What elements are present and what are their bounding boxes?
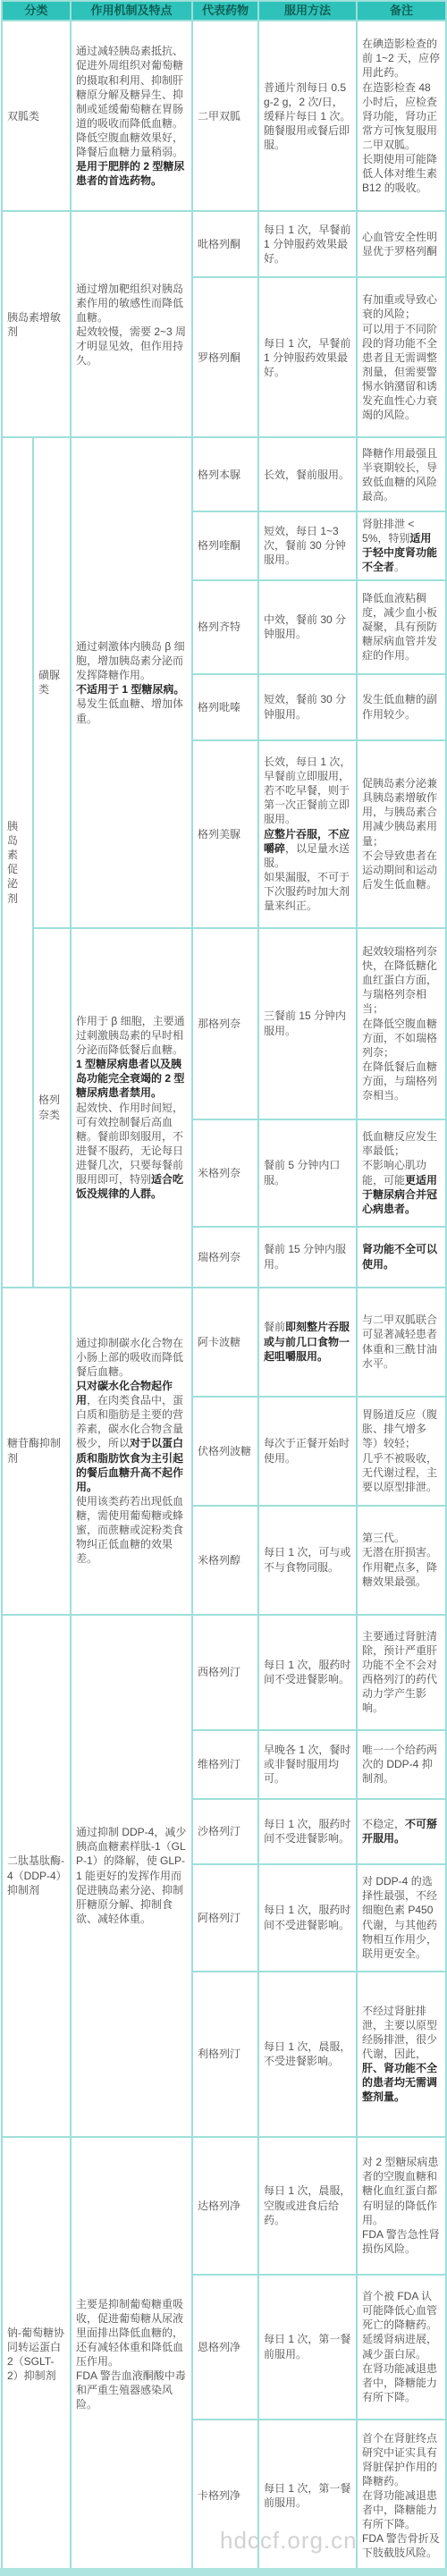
drug-name-cell: 瑞格列奈 xyxy=(192,1227,258,1288)
usage-cell: 普通片剂每日 0.5 g-2 g，2 次/日，缓释片每日 1 次。随餐服用或餐后… xyxy=(258,21,357,211)
usage-text: 每日 1 次，第一餐前服用。 xyxy=(264,2482,350,2509)
usage-text: 每日 1 次，可与或不与食物同服。 xyxy=(264,1546,350,1573)
note-text: 不稳定， xyxy=(362,1818,405,1830)
drug-name-cell: 阿卡波糖 xyxy=(192,1288,258,1397)
category-cell: 胰岛素增敏剂 xyxy=(2,211,71,437)
category-cell: 糖苷酶抑制剂 xyxy=(2,1288,71,1615)
mechanism-text-bold: 是用于肥胖的 2 型糖尿患者的首选药物。 xyxy=(76,160,184,187)
header-row: 分类 作用机制及特点 代表药物 服用方法 备注 xyxy=(2,1,446,21)
site-watermark: hdccf.org.cn xyxy=(220,2527,358,2555)
drug-name-cell: 那格列奈 xyxy=(192,928,258,1119)
mechanism-text: 通过增加靶组织对胰岛素作用的敏感性而降低血糖。 起效较慢，需要 2~3 周才明显… xyxy=(76,283,186,367)
note-text: 首个在肾脏终点研究中证实具有肾脏保护作用的降糖药。 在肾功能减退患者中，降糖能力… xyxy=(362,2432,440,2560)
usage-text: 短效，每日 1~3 次，餐前 30 分钟服用。 xyxy=(264,525,346,566)
drug-name-cell: 利格列汀 xyxy=(192,1972,258,2137)
note-text: 起效较瑞格列奈快，在降低糖化血红蛋白方面，与瑞格列奈相当； 在降低空腹血糖方面，… xyxy=(362,945,437,1102)
mechanism-cell: 通过增加靶组织对胰岛素作用的敏感性而降低血糖。 起效较慢，需要 2~3 周才明显… xyxy=(71,211,192,437)
notes-cell: 首个在肾脏终点研究中证实具有肾脏保护作用的降糖药。 在肾功能减退患者中，降糖能力… xyxy=(357,2420,446,2572)
col-header-usage: 服用方法 xyxy=(258,1,357,21)
usage-text: 中效，餐前 30 分钟服用。 xyxy=(264,613,346,640)
mechanism-cell: 通过抑制碳水化合物在小肠上部的吸收而降低餐后血糖。 只对碳水化合物起作用，在肉类… xyxy=(71,1288,192,1615)
usage-cell: 短效，每日 1~3 次，餐前 30 分钟服用。 xyxy=(258,511,357,579)
notes-cell: 不稳定，不可掰开服用。 xyxy=(357,1799,446,1864)
usage-text: 餐前 15 分钟内服用。 xyxy=(264,1243,346,1270)
drug-name-cell: 格列吡嗪 xyxy=(192,674,258,740)
note-text: 有加重或导致心衰的风险； 可以用于不同阶段的肾功能不全患者且无需调整剂量，但需要… xyxy=(362,293,437,421)
mechanism-cell: 通过刺激体内胰岛 β 细胞，增加胰岛素分泌而发挥降糖作用。 不适用于 1 型糖尿… xyxy=(71,437,192,927)
note-text: 首个被 FDA 认可能降低心血管死亡的降糖药。 延缓肾病进展，减少蛋白尿。 在肾… xyxy=(362,2290,437,2403)
usage-cell: 长效，每日 1 次，早餐前立即服用，若不吃早餐，则于第一次正餐前立即服用。 应整… xyxy=(258,740,357,928)
notes-cell: 对 2 型糖尿病患者的空腹血糖和糖化血红蛋白都有明显的降低作用。 FDA 警告急… xyxy=(357,2137,446,2275)
mechanism-text: 通过抑制 DDP-4，减少胰高血糖素样肽-1（GLP-1）的降解，使 GLP-1… xyxy=(76,1826,186,1924)
usage-text: 每日 1 次，早餐前 1 分钟服药效果最好。 xyxy=(264,337,350,378)
drug-name-cell: 格列美脲 xyxy=(192,740,258,928)
usage-cell: 每日 1 次，服药时间不受进餐影响。 xyxy=(258,1864,357,1972)
mechanism-cell: 通过减轻胰岛素抵抗、促进外周组织对葡萄糖的摄取和利用、抑制肝糖原分解及糖异生、抑… xyxy=(71,21,192,211)
mechanism-text: 作用于 β 细胞，主要通过刺激胰岛素的早时相分泌而降低餐后血糖。 xyxy=(76,1015,185,1056)
mechanism-cell: 作用于 β 细胞，主要通过刺激胰岛素的早时相分泌而降低餐后血糖。 1 型糖尿病患… xyxy=(71,928,192,1288)
usage-cell: 短效，餐前 30 分钟服用。 xyxy=(258,674,357,740)
usage-text: 短效，餐前 30 分钟服用。 xyxy=(264,693,346,720)
drug-name-cell: 达格列净 xyxy=(192,2137,258,2275)
notes-cell: 首个被 FDA 认可能降低心血管死亡的降糖药。 延缓肾病进展，减少蛋白尿。 在肾… xyxy=(357,2275,446,2420)
usage-text: 每日 1 次，早餐前 1 分钟服药效果最好。 xyxy=(264,224,350,265)
drug-name-cell: 阿格列汀 xyxy=(192,1864,258,1972)
category-cell: 钠-葡萄糖协同转运蛋白2（SGLT-2）抑制剂 xyxy=(2,2137,71,2572)
mechanism-text: 通过减轻胰岛素抵抗、促进外周组织对葡萄糖的摄取和利用、抑制肝糖原分解及糖异生、抑… xyxy=(76,45,183,158)
usage-text: 长效，每日 1 次，早餐前立即服用，若不吃早餐，则于第一次正餐前立即服用。 xyxy=(264,756,350,825)
note-text: 肾脏排泄 < 5%，特别 xyxy=(362,518,414,545)
usage-text: 三餐前 15 分钟内服用。 xyxy=(264,1009,346,1036)
usage-text: 每日 1 次，服药时间不受进餐影响。 xyxy=(264,1659,350,1685)
notes-cell: 起效较瑞格列奈快，在降低糖化血红蛋白方面，与瑞格列奈相当； 在降低空腹血糖方面，… xyxy=(357,928,446,1119)
table-row: 格列奈类 作用于 β 细胞，主要通过刺激胰岛素的早时相分泌而降低餐后血糖。 1 … xyxy=(2,928,446,1119)
usage-text: 每次于正餐开始时使用。 xyxy=(264,1437,350,1464)
notes-cell: 不经过肾脏排泄，主要以原型经肠排泄，很少代谢，因此，肝、肾功能不全的患者均无需调… xyxy=(357,1972,446,2137)
notes-cell: 唯一一个给药两次的 DDP-4 抑制剂。 xyxy=(357,1730,446,1799)
note-text: 促胰岛素分泌兼具胰岛素增敏作用，与胰岛素合用减少胰岛素用量； 不会导致患者在运动… xyxy=(362,777,437,891)
notes-cell: 肾脏排泄 < 5%，特别适用于轻中度肾功能不全者。 xyxy=(357,511,446,579)
mechanism-cell: 通过抑制 DDP-4，减少胰高血糖素样肽-1（GLP-1）的降解，使 GLP-1… xyxy=(71,1615,192,2137)
notes-cell: 降低血液粘稠度，减少血小板凝聚，具有预防糖尿病血管并发症的作用。 xyxy=(357,580,446,674)
drug-name-cell: 恩格列净 xyxy=(192,2275,258,2420)
table-row: 二肽基肽酶-4（DDP-4）抑制剂 通过抑制 DDP-4，减少胰高血糖素样肽-1… xyxy=(2,1615,446,1730)
note-text: 对 2 型糖尿病患者的空腹血糖和糖化血红蛋白都有明显的降低作用。 FDA 警告急… xyxy=(362,2156,440,2254)
usage-cell: 每日 1 次，服药时间不受进餐影响。 xyxy=(258,1615,357,1730)
usage-text: 每日 1 次，晨服，不受进餐影响。 xyxy=(264,2040,350,2067)
notes-cell: 对 DDP-4 的选择性最强，不经细胞色素 P450 代谢，与其他药物相互作用少… xyxy=(357,1864,446,1972)
notes-cell: 心血管安全性明显优于罗格列酮 xyxy=(357,211,446,277)
drug-name-cell: 罗格列酮 xyxy=(192,277,258,437)
note-text: 发生低血糖的副作用较少。 xyxy=(362,693,437,720)
usage-text: 每日 1 次，服药时间不受进餐影响。 xyxy=(264,1818,350,1845)
note-text: 降糖作用最强且半衰期较长，导致低血糖的风险最高。 xyxy=(362,447,437,503)
drug-name-cell: 伏格列波糖 xyxy=(192,1397,258,1506)
usage-cell: 餐前即刻整片吞服或与前几口食物一起咀嚼服用。 xyxy=(258,1288,357,1397)
mechanism-cell: 主要是抑制葡萄糖重吸收，促进葡萄糖从尿液里面排出降低血糖的，还有减轻体重和降低血… xyxy=(71,2137,192,2572)
category-cell: 二肽基肽酶-4（DDP-4）抑制剂 xyxy=(2,1615,71,2137)
table-row: 胰岛素促泌剂 磺脲类 通过刺激体内胰岛 β 细胞，增加胰岛素分泌而发挥降糖作用。… xyxy=(2,437,446,511)
col-header-notes: 备注 xyxy=(357,1,446,21)
drug-name-cell: 二甲双胍 xyxy=(192,21,258,211)
note-text: 。 xyxy=(394,561,405,573)
usage-cell: 每日 1 次，早餐前 1 分钟服药效果最好。 xyxy=(258,211,357,277)
usage-text: 餐前 5 分钟内口服。 xyxy=(264,1159,340,1186)
notes-cell: 发生低血糖的副作用较少。 xyxy=(357,674,446,740)
note-text: 主要通过肾脏清除，预计严重肝功能不全不会对西格列汀的药代动力学产生影响。 xyxy=(362,1630,437,1714)
diabetes-drug-table: 分类 作用机制及特点 代表药物 服用方法 备注 双胍类 通过减轻胰岛素抵抗、促进… xyxy=(1,0,447,2573)
note-text: 心血管安全性明显优于罗格列酮 xyxy=(362,231,437,258)
note-text: 胃肠道反应（腹胀、排气增多等）较轻； 几乎不被吸收，无代谢过程，主要以原型排泄。 xyxy=(362,1408,437,1492)
mechanism-text-bold: 不适用于 1 型糖尿病。 xyxy=(76,683,184,696)
usage-text: 餐前 xyxy=(264,1321,285,1333)
drug-name-cell: 格列齐特 xyxy=(192,580,258,674)
usage-text: 每日 1 次，晨服，空腹或进食后给药。 xyxy=(264,2184,350,2225)
usage-cell: 早晚各 1 次，餐时或非餐时服用均可。 xyxy=(258,1730,357,1799)
drug-name-cell: 格列喹酮 xyxy=(192,511,258,579)
note-text-bold: 肝、肾功能不全的患者均无需调整剂量。 xyxy=(362,2062,437,2103)
mechanism-text: 通过刺激体内胰岛 β 细胞，增加胰岛素分泌而发挥降糖作用。 xyxy=(76,640,185,681)
drug-table-page: 分类 作用机制及特点 代表药物 服用方法 备注 双胍类 通过减轻胰岛素抵抗、促进… xyxy=(0,0,447,2576)
col-header-mechanism: 作用机制及特点 xyxy=(71,1,192,21)
subcategory-cell: 格列奈类 xyxy=(33,928,71,1288)
drug-name-cell: 米格列奈 xyxy=(192,1119,258,1227)
mechanism-text-bold: 1 型糖尿病患者以及胰岛功能完全衰竭的 2 型糖尿病患者禁用。 xyxy=(76,1058,184,1099)
note-text: 对 DDP-4 的选择性最强，不经细胞色素 P450 代谢，与其他药物相互作用少… xyxy=(362,1875,437,1959)
drug-name-cell: 西格列汀 xyxy=(192,1615,258,1730)
drug-name-cell: 格列本脲 xyxy=(192,437,258,511)
notes-cell: 主要通过肾脏清除，预计严重肝功能不全不会对西格列汀的药代动力学产生影响。 xyxy=(357,1615,446,1730)
notes-cell: 降糖作用最强且半衰期较长，导致低血糖的风险最高。 xyxy=(357,437,446,511)
table-row: 糖苷酶抑制剂 通过抑制碳水化合物在小肠上部的吸收而降低餐后血糖。 只对碳水化合物… xyxy=(2,1288,446,1397)
drug-name-cell: 吡格列酮 xyxy=(192,211,258,277)
usage-cell: 每日 1 次，服药时间不受进餐影响。 xyxy=(258,1799,357,1864)
notes-cell: 肾功能不全可以使用。 xyxy=(357,1227,446,1288)
notes-cell: 有加重或导致心衰的风险； 可以用于不同阶段的肾功能不全患者且无需调整剂量，但需要… xyxy=(357,277,446,437)
usage-text: 普通片剂每日 0.5 g-2 g，2 次/日，缓释片每日 1 次。随餐服用或餐后… xyxy=(264,81,350,151)
usage-cell: 餐前 5 分钟内口服。 xyxy=(258,1119,357,1227)
usage-cell: 长效，餐前服用。 xyxy=(258,437,357,511)
usage-text: 每日 1 次，第一餐前服用。 xyxy=(264,2333,350,2360)
usage-cell: 餐前 15 分钟内服用。 xyxy=(258,1227,357,1288)
note-text: 与二甲双胍联合可显著减轻患者体重和三酰甘油水平。 xyxy=(362,1313,437,1369)
category-cell: 胰岛素促泌剂 xyxy=(2,437,33,1287)
notes-cell: 促胰岛素分泌兼具胰岛素增敏作用，与胰岛素合用减少胰岛素用量； 不会导致患者在运动… xyxy=(357,740,446,928)
usage-cell: 每日 1 次，可与或不与食物同服。 xyxy=(258,1506,357,1615)
note-text-bold: 肾功能不全可以使用。 xyxy=(362,1243,437,1270)
note-text: 在碘造影检查的前 1~2 天，应停用此药。 在造影检查 48 小时后，应检查肾功… xyxy=(362,38,440,194)
usage-cell: 每日 1 次，晨服，空腹或进食后给药。 xyxy=(258,2137,357,2275)
bottom-accent-bar xyxy=(0,2568,447,2576)
drug-name-cell: 沙格列汀 xyxy=(192,1799,258,1864)
usage-cell: 每日 1 次，晨服，不受进餐影响。 xyxy=(258,1972,357,2137)
usage-cell: 每日 1 次，早餐前 1 分钟服药效果最好。 xyxy=(258,277,357,437)
notes-cell: 第三代。 无潜在肝损害。 作用靶点多，降糖效果最强。 xyxy=(357,1506,446,1615)
category-cell: 双胍类 xyxy=(2,21,71,211)
table-row: 双胍类 通过减轻胰岛素抵抗、促进外周组织对葡萄糖的摄取和利用、抑制肝糖原分解及糖… xyxy=(2,21,446,211)
usage-text: 长效，餐前服用。 xyxy=(264,469,350,481)
usage-text: 早晚各 1 次，餐时或非餐时服用均可。 xyxy=(264,1744,350,1785)
mechanism-text: 易发生低血糖、增加体重。 xyxy=(76,697,183,724)
notes-cell: 与二甲双胍联合可显著减轻患者体重和三酰甘油水平。 xyxy=(357,1288,446,1397)
note-text: 降低血液粘稠度，减少血小板凝聚，具有预防糖尿病血管并发症的作用。 xyxy=(362,592,437,662)
mechanism-text: 通过抑制碳水化合物在小肠上部的吸收而降低餐后血糖。 xyxy=(76,1337,183,1378)
subcategory-cell: 磺脲类 xyxy=(33,437,71,927)
usage-text: 每日 1 次，服药时间不受进餐影响。 xyxy=(264,1904,350,1930)
mechanism-text: 使用该类药若出现低血糖，需使用葡萄糖或蜂蜜，而蔗糖或淀粉类食物纠正低血糖的效果差… xyxy=(76,1495,183,1565)
table-row: 钠-葡萄糖协同转运蛋白2（SGLT-2）抑制剂 主要是抑制葡萄糖重吸收，促进葡萄… xyxy=(2,2137,446,2275)
drug-name-cell: 维格列汀 xyxy=(192,1730,258,1799)
mechanism-text: 主要是抑制葡萄糖重吸收，促进葡萄糖从尿液里面排出降低血糖的，还有减轻体重和降低血… xyxy=(76,2298,186,2411)
col-header-category: 分类 xyxy=(2,1,71,21)
notes-cell: 低血糖反应发生率最低； 不影响心肌功能，可能更适用于糖尿病合并冠心病患者。 xyxy=(357,1119,446,1227)
note-text: 不经过肾脏排泄，主要以原型经肠排泄，很少代谢，因此， xyxy=(362,2005,437,2060)
table-row: 胰岛素增敏剂 通过增加靶组织对胰岛素作用的敏感性而降低血糖。 起效较慢，需要 2… xyxy=(2,211,446,277)
usage-cell: 每次于正餐开始时使用。 xyxy=(258,1397,357,1506)
usage-cell: 每日 1 次，第一餐前服用。 xyxy=(258,2275,357,2420)
usage-cell: 三餐前 15 分钟内服用。 xyxy=(258,928,357,1119)
note-text: 第三代。 无潜在肝损害。 作用靶点多，降糖效果最强。 xyxy=(362,1532,437,1587)
usage-cell: 中效，餐前 30 分钟服用。 xyxy=(258,580,357,674)
drug-name-cell: 米格列醇 xyxy=(192,1506,258,1615)
note-text: 唯一一个给药两次的 DDP-4 抑制剂。 xyxy=(362,1744,437,1785)
notes-cell: 在碘造影检查的前 1~2 天，应停用此药。 在造影检查 48 小时后，应检查肾功… xyxy=(357,21,446,211)
notes-cell: 胃肠道反应（腹胀、排气增多等）较轻； 几乎不被吸收，无代谢过程，主要以原型排泄。 xyxy=(357,1397,446,1506)
col-header-drug: 代表药物 xyxy=(192,1,258,21)
